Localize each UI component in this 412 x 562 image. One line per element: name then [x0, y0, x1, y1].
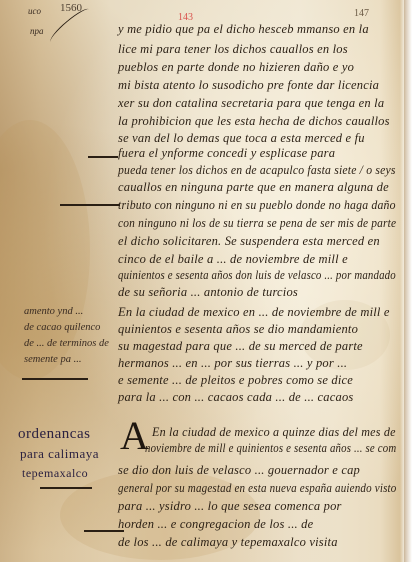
margin-title-line: ordenancas: [18, 426, 90, 443]
text-line: horden ... e congregacion de los ... de: [118, 517, 313, 532]
text-line: para ... ysidro ... lo que sesea comenca…: [118, 499, 342, 514]
text-line: pueblos en parte donde no hizieren daño …: [118, 60, 354, 75]
margin-fragment: npa: [30, 26, 44, 36]
text-line: En la ciudad de mexico en ... de noviemb…: [118, 305, 390, 320]
text-line: tributo con ninguno ni en su pueblo dond…: [118, 198, 396, 213]
text-line: su magestad para que ... de su merced de…: [118, 339, 363, 354]
text-line: e semente ... de pleitos e pobres como s…: [118, 373, 353, 388]
margin-title-line: tepemaxalco: [22, 466, 88, 481]
text-line: En la ciudad de mexico a quinze dias del…: [152, 425, 396, 440]
text-line: xer su don catalina secretaria para que …: [118, 96, 384, 111]
text-line: con ninguno ni los de su tierra se pena …: [118, 216, 396, 231]
manuscript-page: uco npa 1560 143 147 y me pidio que pa e…: [0, 0, 412, 562]
text-line: mi bista atento lo susodicho pre fonte d…: [118, 78, 379, 93]
pen-stroke: [84, 530, 124, 532]
text-line: general por su magestad en esta nueva es…: [118, 481, 396, 496]
margin-underline: [22, 378, 88, 380]
folio-number: 147: [354, 8, 369, 19]
margin-fragment: uco: [28, 6, 41, 16]
margin-note-line: de ... de terminos de: [24, 338, 109, 349]
text-line: lice mi para tener los dichos cauallos e…: [118, 42, 348, 57]
pen-stroke: [60, 204, 120, 206]
text-line: quinientos e sesenta años don luis de ve…: [118, 268, 396, 283]
text-line: de su señoria ... antonio de turcios: [118, 285, 298, 300]
text-line: cinco de el baile a ... de noviembre de …: [118, 252, 348, 267]
text-line: pueda tener los dichos en de acapulco fa…: [118, 163, 396, 178]
margin-note-line: de cacao quilenco: [24, 322, 100, 333]
text-line: fuera el ynforme concedi y esplicase par…: [118, 146, 335, 161]
text-line: para la ... con ... cacaos cada ... de .…: [118, 390, 353, 405]
margin-underline: [40, 487, 92, 489]
text-line: quinientos e sesenta años se dio mandami…: [118, 322, 358, 337]
margin-note-line: semente pa ...: [24, 354, 81, 365]
text-line: se dio don luis de velasco ... gouernado…: [118, 463, 360, 478]
page-edge: [404, 0, 412, 562]
text-line: de los ... de calimaya y tepemaxalco vis…: [118, 535, 338, 550]
text-line: la prohibicion que les esta hecha de dic…: [118, 114, 390, 129]
text-line: noviembre de mill e quinientos e sesenta…: [145, 441, 396, 456]
margin-note-line: amento ynd ...: [24, 306, 83, 317]
margin-title-line: para calimaya: [20, 446, 99, 462]
text-line: se van del lo demas que toca a esta merc…: [118, 131, 365, 146]
text-line: el dicho solicitaren. Se suspendera esta…: [118, 234, 380, 249]
text-line: hermanos ... en ... por sus tierras ... …: [118, 356, 347, 371]
pen-stroke: [88, 156, 118, 158]
text-line: cauallos en ninguna parte que en manera …: [118, 180, 389, 195]
text-line: y me pidio que pa el dicho hesceb mmanso…: [118, 22, 369, 37]
